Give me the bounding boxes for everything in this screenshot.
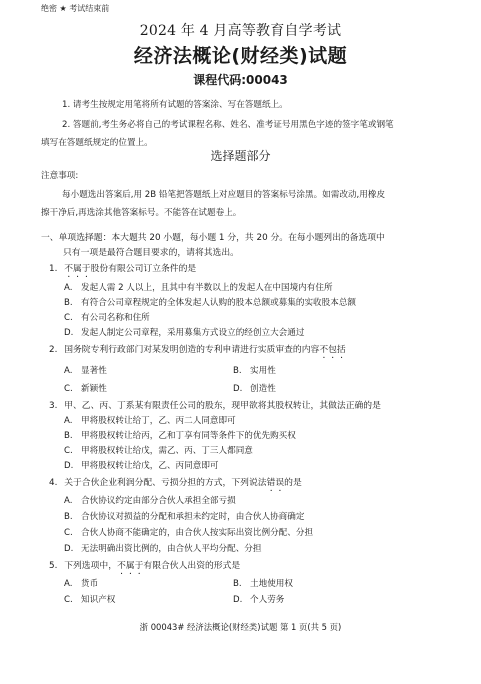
emphasis-text: 错误: [267, 478, 285, 488]
question-2-option-b: B.实用性: [233, 364, 276, 376]
option-text: 合伙协议约定由部分合伙人承担全部亏损: [81, 496, 236, 506]
question-number: 5.: [49, 561, 57, 571]
question-1-option-a: A.发起人需 2 人以上，且其中有半数以上的发起人在中国境内有住所: [64, 281, 333, 293]
question-2-option-c: C.新颖性: [64, 382, 107, 394]
option-letter: C.: [64, 446, 81, 456]
option-text: 甲将股权转让给戊，乙、丙同意即可: [81, 461, 219, 471]
question-5-stem: 5. 下列选项中，不属于有限合伙人出资的形式是: [49, 558, 240, 576]
question-4-option-a: A.合伙协议约定由部分合伙人承担全部亏损: [64, 494, 236, 506]
emphasis-text: 不属于: [117, 561, 143, 571]
question-1-stem: 1. 不属于股份有限公司订立条件的是: [49, 261, 196, 279]
option-letter: D.: [64, 461, 81, 471]
question-5-option-b: B.土地使用权: [233, 577, 293, 589]
question-1-option-d: D.发起人制定公司章程，采用募集方式设立的经创立大会通过: [64, 326, 304, 338]
exam-session-title: 2024 年 4 月高等教育自学考试: [0, 20, 481, 40]
question-3-stem: 3. 甲、乙、丙、丁系某有限责任公司的股东，现甲欲将其股权转让，其做法正确的是: [49, 398, 381, 411]
option-text: 甲将股权转让给戊，需乙、丙、丁三人都同意: [81, 446, 253, 456]
section-title: 选择题部分: [0, 147, 481, 164]
option-text: 合伙人协商不能确定的，由合伙人按实际出资比例分配、分担: [81, 528, 313, 538]
option-text: 有符合公司章程规定的全体发起人认购的股本总额或募集的实收股本总额: [81, 298, 356, 308]
option-text: 甲将股权转让给丙，乙和丁享有同等条件下的优先购买权: [81, 431, 296, 441]
option-letter: A.: [64, 579, 81, 589]
confidential-mark: 绝密 ★ 考试结束前: [41, 3, 109, 14]
question-stem-text-end: 有限合伙人出资的形式是: [143, 561, 240, 571]
page-title: 经济法概论(财经类)试题: [0, 41, 481, 68]
option-text: 无法明确出资比例的，由合伙人平均分配、分担: [81, 544, 261, 554]
option-text: 发起人制定公司章程，采用募集方式设立的经创立大会通过: [81, 328, 304, 338]
question-4-option-b: B.合伙协议对损益的分配和承担未约定时，由合伙人协商确定: [64, 510, 304, 522]
option-letter: A.: [64, 366, 81, 376]
question-2-stem: 2. 国务院专利行政部门对某发明创造的专利申请进行实质审查的内容不包括: [49, 342, 346, 360]
option-letter: A.: [64, 283, 81, 293]
question-stem-text: 股份有限公司订立条件的是: [91, 264, 197, 274]
question-5-option-c: C.知识产权: [64, 593, 115, 605]
option-text: 货币: [81, 579, 98, 589]
option-text: 发起人需 2 人以上，且其中有半数以上的发起人在中国境内有住所: [81, 283, 333, 293]
page-footer: 浙 00043# 经济法概论(财经类)试题 第 1 页(共 5 页): [0, 621, 481, 633]
option-text: 创造性: [250, 384, 276, 394]
question-number: 2.: [49, 345, 57, 355]
emphasis-text: 不属于: [64, 264, 90, 274]
option-letter: C.: [64, 595, 81, 605]
question-stem-text: 关于合伙企业利润分配、亏损分担的方式，下列说法: [64, 478, 266, 488]
instruction-item-1: 1. 请考生按规定用笔将所有试题的答案涂、写在答题纸上。: [62, 98, 288, 110]
question-stem-text: 甲、乙、丙、丁系某有限责任公司的股东，现甲欲将其股权转让，其做法正确的是: [64, 401, 381, 411]
instruction-item-2: 2. 答题前,考生务必将自己的考试课程名称、姓名、准考证号用黑色字迹的签字笔或钢…: [62, 118, 394, 130]
question-stem-text: 下列选项中，: [64, 561, 117, 571]
option-text: 有公司名称和住所: [81, 313, 150, 323]
option-letter: D.: [233, 384, 250, 394]
course-code: 课程代码:00043: [0, 71, 481, 88]
question-3-option-d: D.甲将股权转让给戊，乙、丙同意即可: [64, 459, 219, 471]
option-text: 实用性: [250, 366, 276, 376]
option-letter: A.: [64, 416, 81, 426]
option-letter: C.: [64, 313, 81, 323]
option-letter: C.: [64, 384, 81, 394]
question-1-option-b: B.有符合公司章程规定的全体发起人认购的股本总额或募集的实收股本总额: [64, 296, 356, 308]
emphasis-text: 不包括: [319, 345, 345, 355]
option-letter: D.: [64, 544, 81, 554]
question-3-option-b: B.甲将股权转让给丙，乙和丁享有同等条件下的优先购买权: [64, 429, 296, 441]
question-4-stem: 4. 关于合伙企业利润分配、亏损分担的方式，下列说法错误的是: [49, 475, 302, 493]
question-1-option-c: C.有公司名称和住所: [64, 311, 150, 323]
option-text: 个人劳务: [250, 595, 284, 605]
notice-label: 注意事项:: [41, 169, 78, 181]
notice-text-line-1: 每小题选出答案后,用 2B 铅笔把答题纸上对应题目的答案标号涂黑。如需改动,用橡…: [62, 188, 385, 200]
question-3-option-a: A.甲将股权转让给丁，乙、丙二人同意即可: [64, 414, 236, 426]
question-5-option-d: D.个人劳务: [233, 593, 284, 605]
question-number: 3.: [49, 401, 57, 411]
option-text: 甲将股权转让给丁，乙、丙二人同意即可: [81, 416, 236, 426]
question-4-option-d: D.无法明确出资比例的，由合伙人平均分配、分担: [64, 542, 261, 554]
option-text: 土地使用权: [250, 579, 293, 589]
question-5-option-a: A.货币: [64, 577, 98, 589]
question-2-option-a: A.显著性: [64, 364, 107, 376]
question-4-option-c: C.合伙人协商不能确定的，由合伙人按实际出资比例分配、分担: [64, 526, 313, 538]
option-text: 知识产权: [81, 595, 115, 605]
option-letter: B.: [64, 512, 81, 522]
question-2-option-d: D.创造性: [233, 382, 276, 394]
option-letter: C.: [64, 528, 81, 538]
option-letter: B.: [64, 298, 81, 308]
option-letter: A.: [64, 496, 81, 506]
notice-text-line-2: 擦干净后,再选涂其他答案标号。不能答在试题卷上。: [41, 206, 241, 218]
question-stem-text-end: 的是: [284, 478, 302, 488]
option-letter: D.: [64, 328, 81, 338]
part-heading-line-2: 只有一项是最符合题目要求的，请将其选出。: [63, 245, 239, 258]
question-number: 1.: [49, 264, 57, 274]
part-heading-line-1: 一、单项选择题：本大题共 20 小题，每小题 1 分，共 20 分。在每小题列出…: [41, 230, 385, 243]
option-text: 显著性: [81, 366, 107, 376]
option-text: 新颖性: [81, 384, 107, 394]
option-letter: B.: [233, 579, 250, 589]
question-number: 4.: [49, 478, 57, 488]
question-stem-text: 国务院专利行政部门对某发明创造的专利申请进行实质审查的内容: [64, 345, 319, 355]
option-letter: B.: [233, 366, 250, 376]
option-letter: D.: [233, 595, 250, 605]
question-3-option-c: C.甲将股权转让给戊，需乙、丙、丁三人都同意: [64, 444, 253, 456]
option-text: 合伙协议对损益的分配和承担未约定时，由合伙人协商确定: [81, 512, 304, 522]
option-letter: B.: [64, 431, 81, 441]
